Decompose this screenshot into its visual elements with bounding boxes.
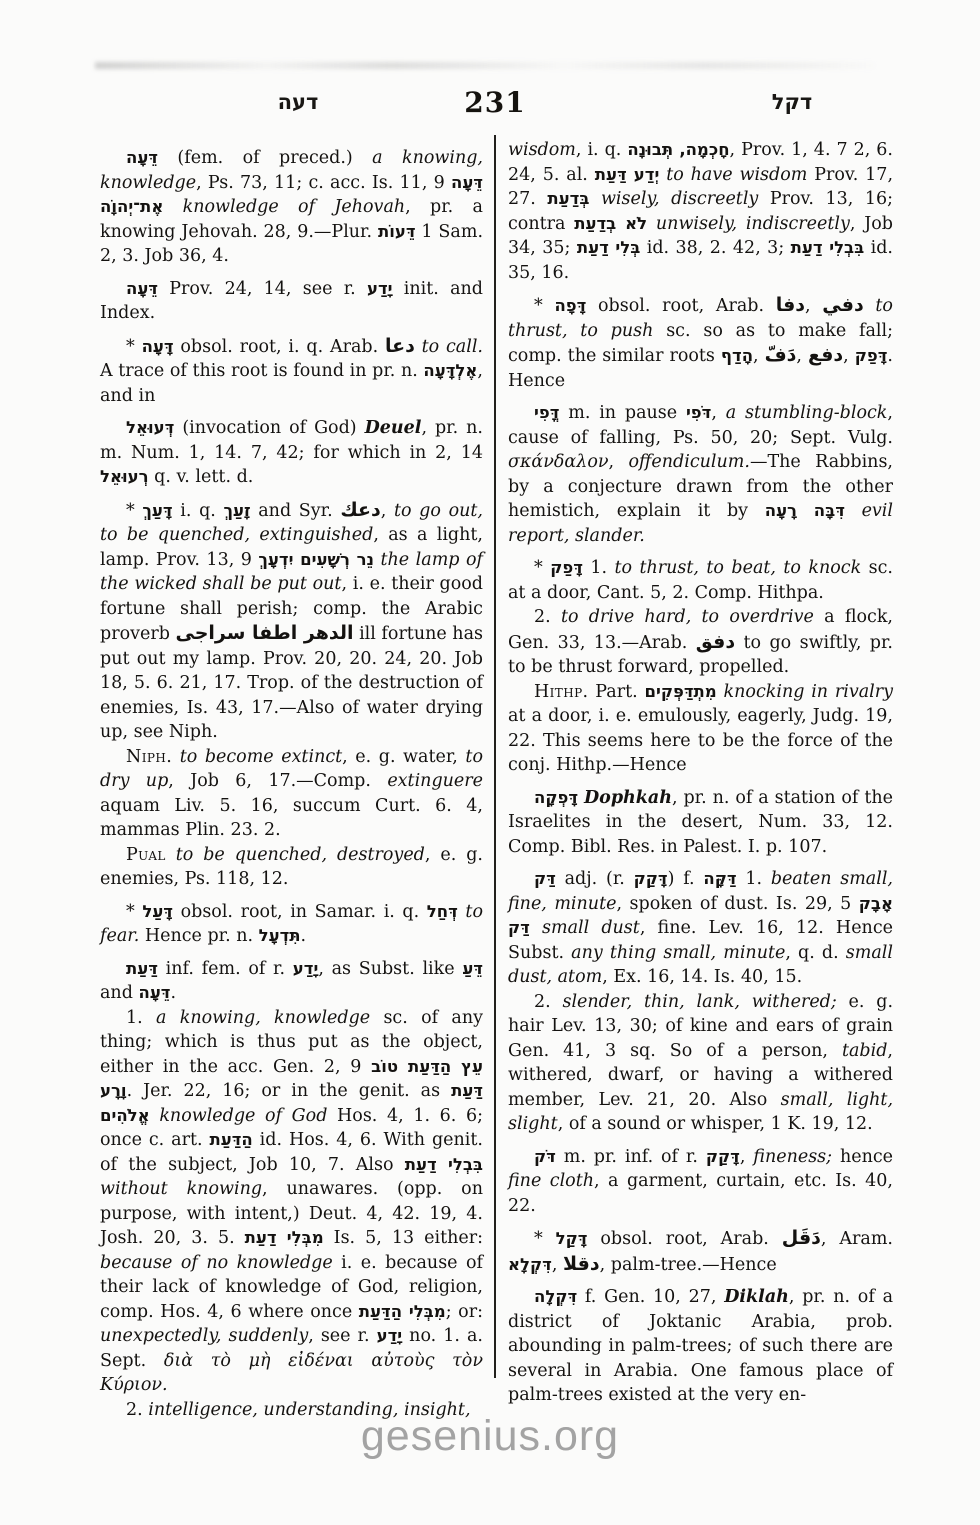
arabic-text: الدهر اطفا سراجى [175, 622, 353, 644]
page-header: דעה 231 דקל [0, 88, 980, 122]
dictionary-paragraph: 2. slender, thin, lank, withered; e. g. … [508, 990, 893, 1137]
body-text: obsol. root, Arab. [586, 296, 775, 316]
body-text [589, 189, 601, 209]
hebrew-text: דַּעַת [126, 959, 158, 978]
body-text: Is. 5, 13 either: [324, 1228, 483, 1248]
body-text: . [171, 983, 177, 1003]
arabic-text: دَقَل [782, 1227, 821, 1249]
body-text: and [100, 983, 138, 1003]
body-text [647, 214, 656, 234]
body-text: * [534, 296, 554, 316]
body-text [163, 197, 182, 217]
dictionary-paragraph: דֵּעָה (fem. of preced.) a knowing, know… [100, 146, 483, 269]
hebrew-text: דְּחַל [427, 902, 458, 921]
body-text: adj. (r. [556, 869, 634, 889]
hebrew-text: הָדַף [721, 346, 753, 365]
hebrew-text: מִבְּלִי הַדַּעַת [359, 1302, 446, 1321]
body-text: , spoken of dust. Is. 29, 5 [616, 894, 858, 914]
body-text: , [740, 1147, 753, 1167]
body-text: unexpectedly, suddenly [100, 1326, 308, 1346]
body-text: , q. d. [785, 943, 845, 963]
body-text: (invocation of God) [174, 418, 364, 438]
page-number: 231 [445, 86, 545, 119]
scanned-dictionary-page: דעה 231 דקל דֵּעָה (fem. of preced.) a k… [0, 0, 980, 1525]
hebrew-text: דָּקַק [706, 1147, 740, 1166]
hebrew-text: דַּק [534, 869, 556, 888]
body-text: Niph. [126, 747, 172, 767]
hebrew-text: דָּעָה [142, 337, 174, 356]
body-text: , see r. [308, 1326, 376, 1346]
body-text: Dophkah [584, 788, 672, 808]
dictionary-paragraph: דְּעוּאֵל (invocation of God) Deuel, pr.… [100, 416, 483, 490]
body-text: * [534, 1229, 556, 1249]
body-text: q. v. lett. d. [149, 467, 254, 487]
hebrew-text: דָּקַל [556, 1229, 588, 1248]
dictionary-paragraph: דֵּעָה Prov. 24, 14, see r. יָדַע init. … [100, 277, 483, 326]
hebrew-text: דָּפַק [550, 558, 583, 577]
hebrew-text: דָּקַק [634, 869, 668, 888]
body-text: * [534, 558, 550, 578]
hebrew-text: לֹא בְדַעַת [574, 214, 647, 233]
dictionary-paragraph: דָּפְקָה Dophkah, pr. n. of a station of… [508, 786, 893, 860]
body-text: Deuel [365, 418, 422, 438]
body-text: Part. [589, 682, 645, 702]
body-text: , [843, 346, 855, 366]
hebrew-text: דַּקָּה [703, 869, 736, 888]
body-text: unwisely, indiscreetly [656, 214, 850, 234]
body-text: knowledge of God [159, 1106, 327, 1126]
body-text: and Syr. [251, 501, 341, 521]
body-text: fineness; [753, 1147, 832, 1167]
body-text: obsol. root, in Samar. i. q. [173, 902, 427, 922]
dictionary-paragraph: 1. a knowing, knowledge sc. of any thing… [100, 1006, 483, 1398]
body-text: m. pr. inf. of r. [556, 1147, 706, 1167]
body-text: , [609, 452, 629, 472]
dictionary-paragraph: 2. to drive hard, to overdrive a flock, … [508, 605, 893, 680]
body-text [530, 918, 542, 938]
dictionary-paragraph: Pual to be quenched, destroyed, e. g. en… [100, 843, 483, 892]
hebrew-text: אֶלְדָּעָה [423, 361, 477, 380]
hebrew-text: בִּבְלִי דַעַת [405, 1155, 483, 1174]
body-text: wisdom [508, 140, 576, 160]
header-keyword-left: דעה [268, 90, 328, 114]
dictionary-paragraph: Niph. to become extinct, e. g. water, to… [100, 745, 483, 843]
hebrew-text: דָּעַךְ [142, 501, 172, 520]
body-text: 1. [737, 869, 771, 889]
body-text: ; or: [446, 1302, 483, 1322]
arabic-text: دَفّ [765, 344, 797, 366]
body-text: , as Subst. like [318, 959, 462, 979]
body-text: Prov. 24, 14, see r. [158, 279, 367, 299]
body-text: 2. [534, 992, 562, 1012]
greek-text: σκάνδαλον [508, 452, 609, 472]
body-text: hence [832, 1147, 893, 1167]
body-text: (fem. of preced.) [158, 148, 372, 168]
dictionary-paragraph: * דָּפַק 1. to thrust, to beat, to knock… [508, 556, 893, 605]
body-text: because of no knowledge [100, 1253, 333, 1273]
watermark: gesenius.org [0, 1412, 980, 1461]
body-text: a stumbling-block [726, 403, 888, 423]
body-text: to become extinct [180, 747, 342, 767]
body-text: obsol. root, i. q. Arab. [174, 337, 385, 357]
body-text: at a door, i. e. emulously, eagerly, Jud… [508, 706, 893, 775]
hebrew-text: דָּפָה [554, 296, 586, 315]
dictionary-paragraph: wisdom, i. q. חָכְמָה, תְּבוּנָה, Prov. … [508, 138, 893, 285]
body-text [415, 337, 422, 357]
hebrew-text: דֵּעָה [126, 279, 158, 298]
dictionary-paragraph: דֳּפִי m. in pause דֹּפִי, a stumbling-b… [508, 401, 893, 548]
body-text: obsol. root, Arab. [588, 1229, 782, 1249]
hebrew-text: יָדַע [367, 279, 393, 298]
hebrew-text: דִּבָּה רָעָה [765, 501, 845, 520]
body-text: ) f. [668, 869, 704, 889]
body-text: 2. [534, 607, 561, 627]
dictionary-paragraph: * דָּעָה obsol. root, i. q. Arab. دعا to… [100, 334, 483, 409]
body-text: Hithp. [534, 682, 589, 702]
body-text: to call. [422, 337, 483, 357]
body-text: wisely, discreetly [601, 189, 758, 209]
arabic-text: دعا [385, 335, 415, 357]
hebrew-text: דָּעַל [142, 902, 173, 921]
dictionary-paragraph: Hithp. Part. מִתְדַּפְּקִים knocking in … [508, 680, 893, 778]
body-text [845, 501, 862, 521]
body-text: fine cloth [508, 1171, 594, 1191]
body-text [166, 845, 176, 865]
hebrew-text: דֹּפִי [686, 403, 711, 422]
body-text [864, 296, 876, 316]
dictionary-paragraph: * דָּעַךְ i. q. זָעַךְ and Syr. دعك, to … [100, 498, 483, 745]
arabic-text: دفع [808, 344, 843, 366]
right-column: wisdom, i. q. חָכְמָה, תְּבוּנָה, Prov. … [508, 138, 893, 1408]
hebrew-text: דֵּעָה [126, 148, 158, 167]
dictionary-paragraph: דִּקְלָה f. Gen. 10, 27, Diklah, pr. n. … [508, 1285, 893, 1408]
arabic-text: دقلا [563, 1253, 600, 1275]
body-text: to have wisdom [666, 165, 807, 185]
body-text: Diklah [724, 1287, 789, 1307]
hebrew-text: דִּקְלָה [534, 1287, 577, 1306]
hebrew-text: הַדַּעַת [209, 1130, 252, 1149]
body-text [172, 747, 180, 767]
header-keyword-right: דקל [762, 90, 822, 114]
dictionary-paragraph: דַּעַת inf. fem. of r. יָדַע, as Subst. … [100, 957, 483, 1006]
body-text: extinguere [387, 771, 483, 791]
body-text: id. 38, 2. 42, 3; [640, 238, 790, 258]
body-text: . Jer. 22, 16; or in the genit. as [127, 1081, 451, 1101]
body-text: aquam Liv. 5. 16, succum Curt. 6. 4, mam… [100, 796, 483, 841]
hebrew-text: זָעַךְ [223, 501, 250, 520]
body-text: , e. g. water, [342, 747, 465, 767]
body-text: , Job 6, 17.—Comp. [168, 771, 387, 791]
body-text: , Ex. 16, 14. Is. 40, 15. [602, 967, 802, 987]
body-text: , Aram. [821, 1229, 893, 1249]
column-divider [494, 135, 496, 1378]
body-text: * [126, 902, 142, 922]
body-text: to be quenched, destroyed [176, 845, 425, 865]
body-text: , [552, 1255, 563, 1275]
body-text [150, 1106, 160, 1126]
body-text: inf. fem. of r. [158, 959, 293, 979]
hebrew-text: דֵּעוֹת [378, 222, 416, 241]
hebrew-text: דְּעוּאֵל [126, 418, 174, 437]
arabic-text: دعك [340, 499, 380, 521]
hebrew-text: דֹּק [534, 1147, 556, 1166]
body-text: small dust [542, 918, 640, 938]
body-text: , [753, 346, 765, 366]
hebrew-text: יָדַע [377, 1326, 403, 1345]
body-text: a knowing, knowledge [156, 1008, 370, 1028]
body-text [717, 682, 724, 702]
hebrew-text: יָדַע [293, 959, 319, 978]
body-text: i. q. [173, 501, 224, 521]
body-text: , [711, 403, 725, 423]
body-text: , Ps. 73, 11; c. acc. Is. 11, 9 [196, 173, 451, 193]
body-text: knocking in rivalry [724, 682, 893, 702]
hebrew-text: דָּפַק [855, 346, 888, 365]
hebrew-text: בְּלִי דַעַת [577, 238, 640, 257]
dictionary-paragraph: * דָּפָה obsol. root, Arab. دفا, دفي to … [508, 293, 893, 393]
body-text: m. in pause [559, 403, 686, 423]
body-text: , palm-tree.—Hence [600, 1255, 777, 1275]
hebrew-text: רְעוּאֵל [100, 467, 149, 486]
hebrew-text: תִּדְעָל [259, 926, 301, 945]
body-text: tabid [842, 1041, 887, 1061]
body-text: , i. q. [576, 140, 627, 160]
arabic-text: دفي [822, 294, 863, 316]
hebrew-text: חָכְמָה, תְּבוּנָה [627, 140, 729, 159]
hebrew-text: דֵּעַ [462, 959, 483, 978]
hebrew-text: בְּדַעַת [547, 189, 589, 208]
hebrew-text: מִתְדַּפְּקִים [644, 682, 716, 701]
body-text: slender, thin, lank, withered; [562, 992, 836, 1012]
body-text: , [381, 501, 394, 521]
hebrew-text: נֵר רְשָׁעִים יִדְעָךְ [258, 550, 374, 569]
body-text: 1. [583, 558, 615, 578]
body-text: , [805, 296, 822, 316]
body-text: f. Gen. 10, 27, [577, 1287, 724, 1307]
scan-smudge-artifact [95, 62, 875, 69]
body-text: * [126, 337, 142, 357]
dictionary-paragraph: דֹּק m. pr. inf. of r. דָּקַק, fineness;… [508, 1145, 893, 1219]
hebrew-text: מִבְּלִי דַעַת [245, 1228, 324, 1247]
arabic-text: دفا [776, 294, 805, 316]
body-text: A trace of this root is found in pr. n. [100, 361, 423, 381]
body-text: to thrust, to beat, to knock [614, 558, 861, 578]
left-column: דֵּעָה (fem. of preced.) a knowing, know… [100, 138, 483, 1422]
body-text: Hence pr. n. [139, 926, 258, 946]
body-text: 1. [126, 1008, 156, 1028]
body-text: offendiculum. [628, 452, 749, 472]
body-text: , of a sound or whisper, 1 K. 19, 12. [558, 1114, 873, 1134]
dictionary-paragraph: * דָּעַל obsol. root, in Samar. i. q. דְ… [100, 900, 483, 949]
body-text: to drive hard, to overdrive [561, 607, 814, 627]
hebrew-text: יְדַע דַּעַת [595, 165, 660, 184]
dictionary-paragraph: * דָּקַל obsol. root, Arab. دَقَل, Aram.… [508, 1226, 893, 1277]
body-text: * [126, 501, 142, 521]
arabic-text: دفق [696, 631, 735, 653]
body-text: any thing small, minute [571, 943, 785, 963]
hebrew-text: דֳּפִי [534, 403, 559, 422]
hebrew-text: דִּקְלָא [508, 1255, 552, 1274]
body-text: without knowing [100, 1179, 262, 1199]
hebrew-text: בִּבְלִי דַעַת [791, 238, 865, 257]
body-text: knowledge of Jehovah [183, 197, 406, 217]
hebrew-text: דֵּעָה [138, 983, 170, 1002]
body-text: , [796, 346, 808, 366]
hebrew-text: דָּפְקָה [534, 788, 578, 807]
body-text: Pual [126, 845, 166, 865]
dictionary-paragraph: דַּק adj. (r. דָּקַק) f. דַּקָּה 1. beat… [508, 867, 893, 990]
body-text: . [301, 926, 307, 946]
